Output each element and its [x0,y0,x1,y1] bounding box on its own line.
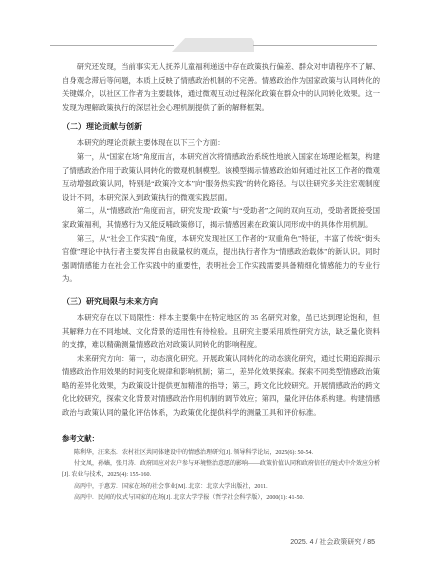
header-tab-shape [172,38,254,52]
contribution-point-3: 第三，从“社会工作实践”角度，本研究发现社区工作者的“双重角色”特征，丰富了传统… [62,232,380,286]
references-heading: 参考文献： [62,432,380,445]
reference-item: 付文凤，孙嫱，张月涛．政府回应对农户参与环境整治意愿的影响——政策价值认同和政府… [62,459,380,482]
contribution-point-2: 第二，从“情感政治”角度而言，研究发现“政策”与“受助者”之间的双向互动，受助者… [62,204,380,231]
page-footer: 2025. 4 / 社会政策研究 / 85 [290,537,375,547]
header-rule-right [253,45,377,46]
contribution-lead: 本研究的理论贡献主要体现在以下三个方面： [62,136,380,150]
section-limitations-heading: （三）研究局限与未来方向 [62,295,380,309]
reference-item: 高丙中，于惠芳．国家在场的社会事业[M]. 北京：北京大学出版社，2011. [62,482,380,493]
reference-item: 陈利华，汪来杰．农村社区共同体建设中的情感治理研究[J]. 领导科学论坛，202… [62,448,380,459]
page-body: 研究还发现，当前事实无人抚养儿童福利递送中存在政策执行偏差、群众对申请程序不了解… [62,60,380,505]
future-directions-paragraph: 未来研究方向：第一，动态演化研究。开展政策认同转化的动态演化研究，通过长期追踪揭… [62,352,380,420]
intro-paragraph: 研究还发现，当前事实无人抚养儿童福利递送中存在政策执行偏差、群众对申请程序不了解… [62,60,380,114]
journal-page: 研究还发现，当前事实无人抚养儿童福利递送中存在政策执行偏差、群众对申请程序不了解… [0,0,427,579]
contribution-point-1: 第一，从“国家在场”角度而言，本研究首次将情感政治系统性地嵌入国家在场理论框架，… [62,150,380,204]
header-rule-left [50,45,174,46]
limitations-paragraph: 本研究存在以下局限性：样本主要集中在特定地区的 35 名研究对象，虽已达到理论饱… [62,311,380,352]
reference-item: 高丙中．民间的仪式与国家的在场[J]. 北京大学学报（哲学社会科学版），2000… [62,493,380,504]
section-contribution-heading: （二）理论贡献与创新 [62,120,380,134]
